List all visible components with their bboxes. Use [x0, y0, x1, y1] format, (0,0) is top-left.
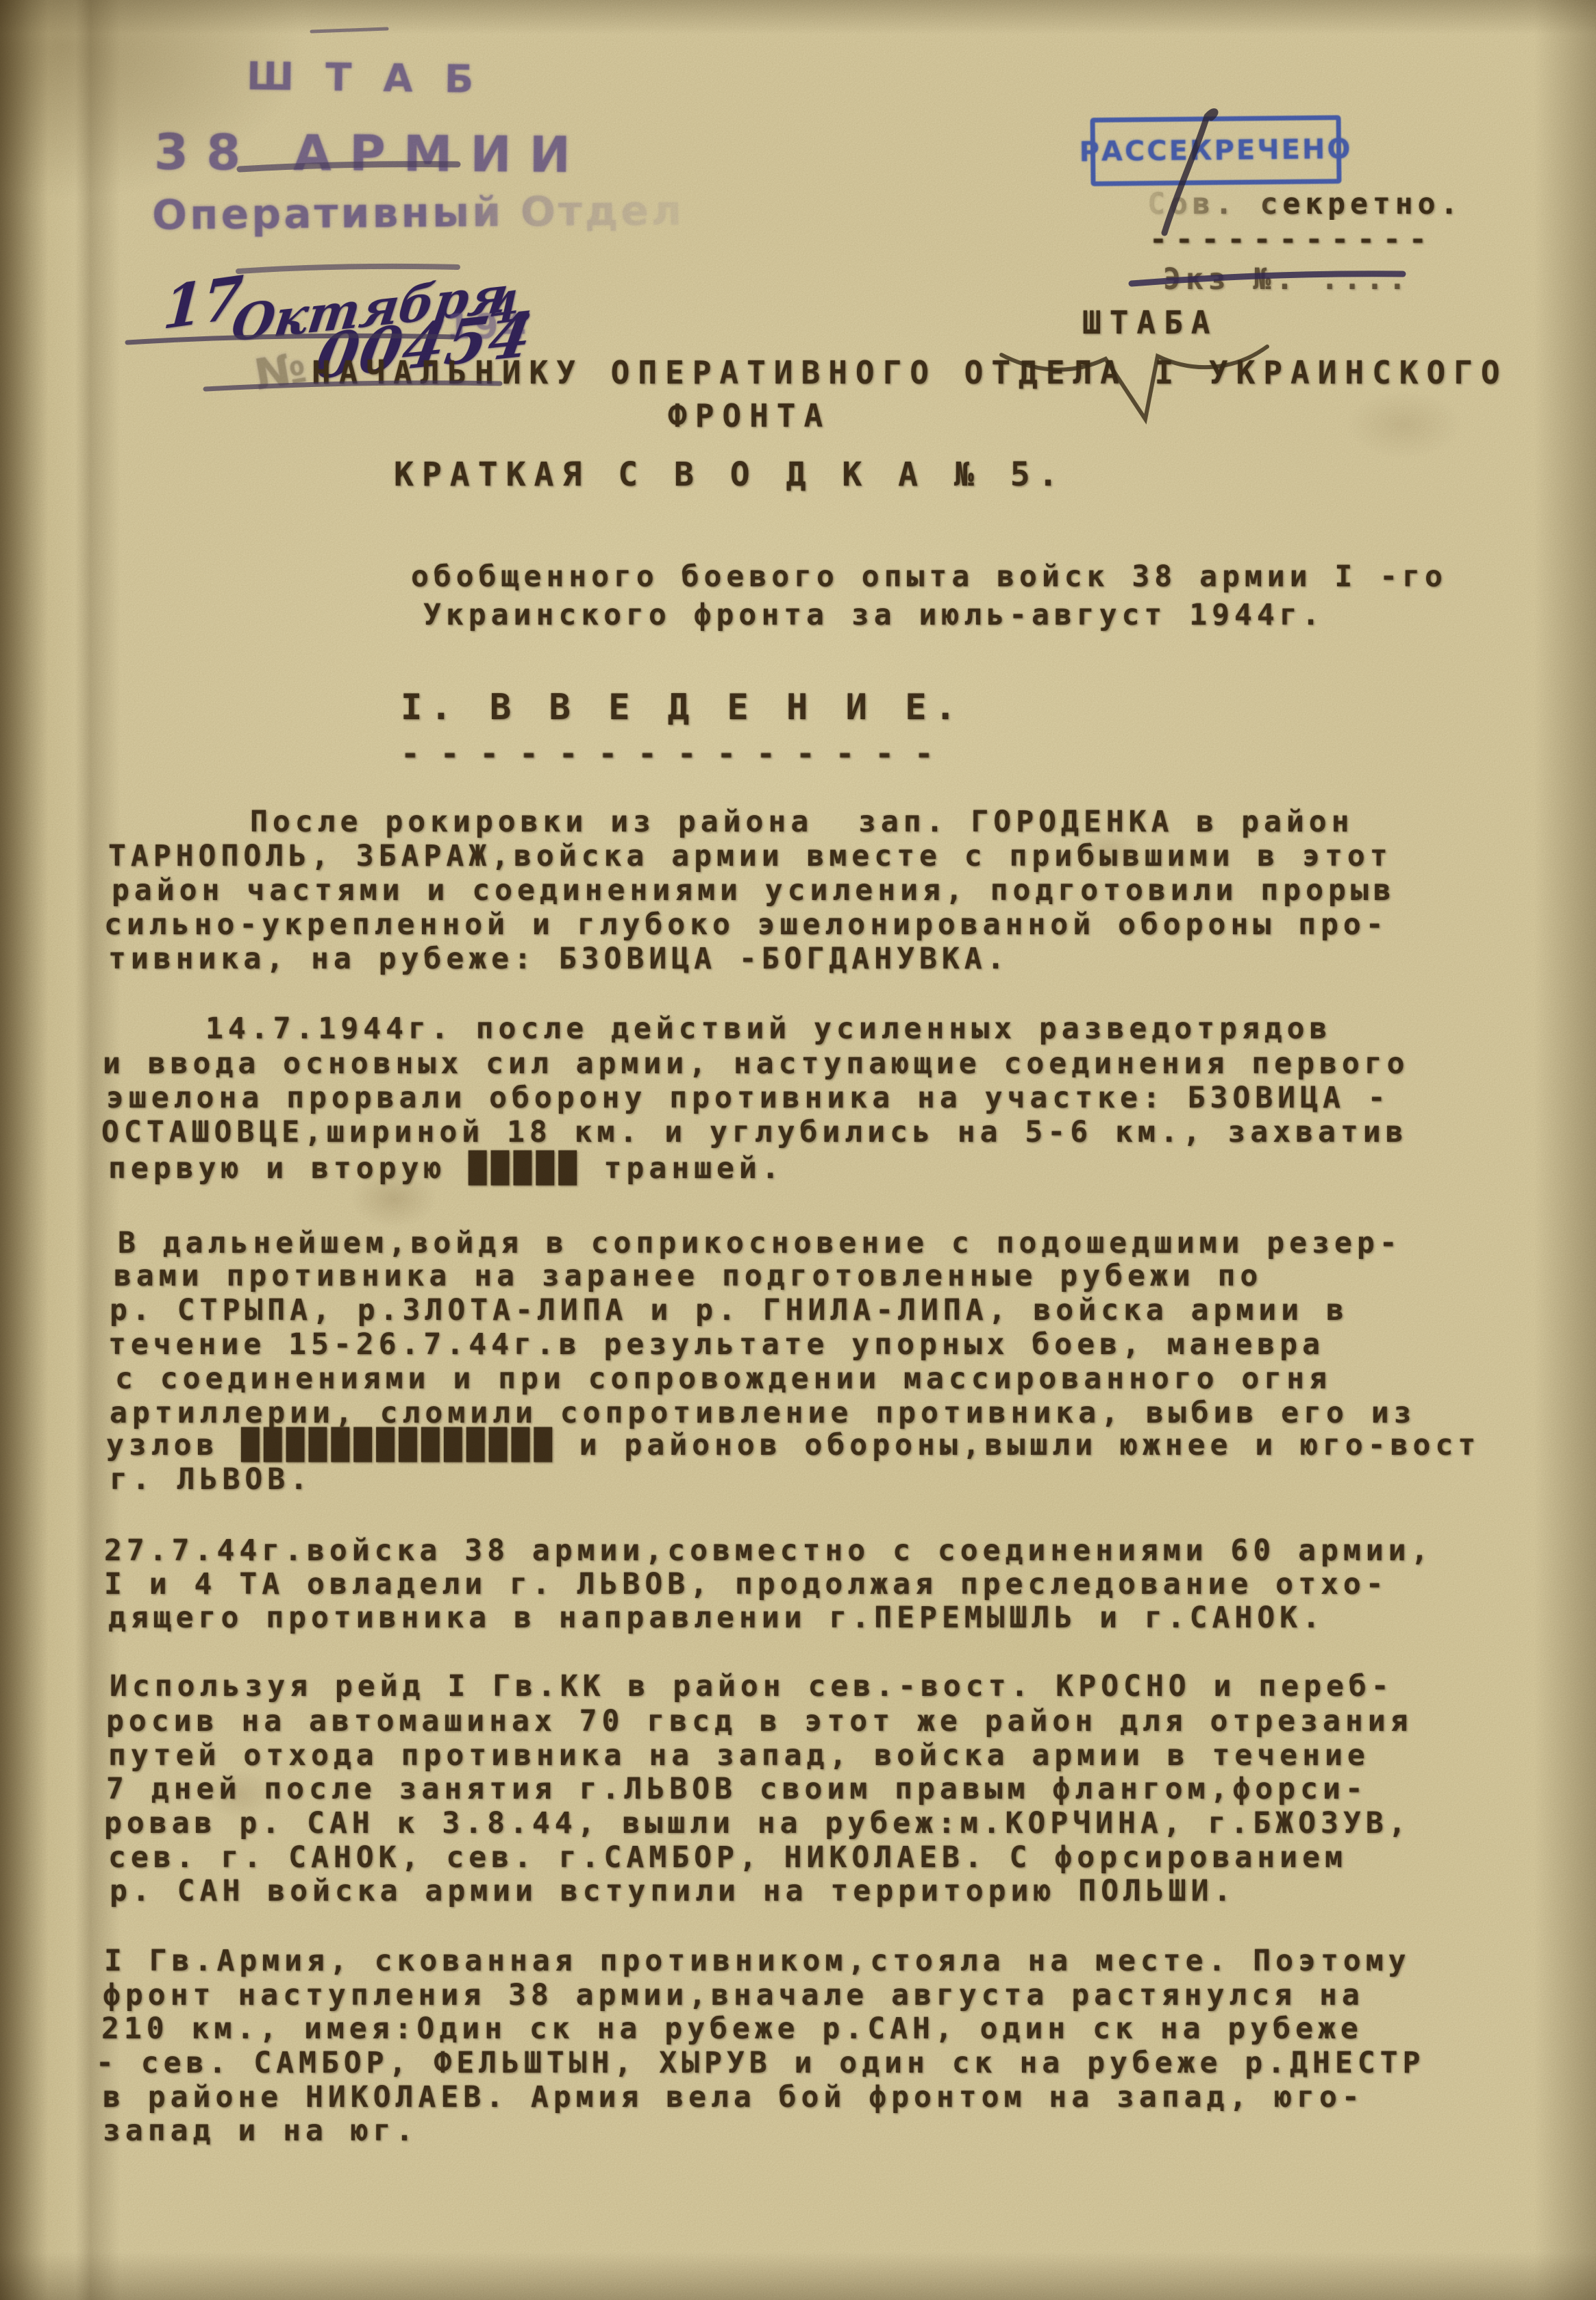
section-heading: I. В В Е Д Е Н И Е.: [401, 689, 964, 727]
body-line: ОСТАШОВЦЕ,шириной 18 км. и углубились на…: [101, 1117, 1408, 1148]
body-line: вами противника на заранее подготовленны…: [114, 1261, 1262, 1292]
section-underline: --------------: [401, 737, 954, 770]
stamp-unit-number: 38 АРМИИ: [154, 123, 588, 184]
body-line: эшелона прорвали оборону противника на у…: [106, 1083, 1391, 1114]
body-line: 210 км., имея:Один ск на рубеже р.САН, о…: [101, 2014, 1363, 2045]
body-line: в районе НИКОЛАЕВ. Армия вела бой фронто…: [103, 2082, 1364, 2113]
body-line: с соединениями и при сопровождении масси…: [115, 1364, 1332, 1395]
number-sign: №: [251, 342, 310, 400]
body-line: тивника, на рубеже: БЗОВИЦА -БОГДАНУВКА.: [108, 944, 1010, 975]
stamp-unit-name: ШТАБ: [247, 54, 506, 102]
body-line: сев. г. САНОК, сев. г.САМБОР, НИКОЛАЕВ. …: [108, 1842, 1347, 1873]
body-line: росив на автомашинах 70 гвсд в этот же р…: [106, 1706, 1413, 1737]
body-line: первую и вторую █████ траншей.: [108, 1153, 784, 1184]
body-line: путей отхода противника на запад, войска…: [108, 1740, 1370, 1771]
body-line: 27.7.44г.войска 38 армии,совместно с сое…: [104, 1536, 1433, 1566]
body-line: район частями и соединениями усиления, п…: [112, 875, 1396, 906]
body-line: После рокировки из района зап. ГОРОДЕНКА…: [250, 807, 1354, 838]
stamp-department: Оперативный Отдел: [152, 187, 684, 240]
addressee-line2: ФРОНТА: [668, 399, 831, 432]
body-line: запад и на юг.: [103, 2116, 418, 2147]
body-line: фронт наступления 38 армии,вначале авгус…: [103, 1980, 1364, 2011]
declassified-stamp-label: РАССЕКРЕЧЕНО: [1079, 134, 1352, 168]
copy-number-line: Экз №. ....: [1163, 264, 1411, 295]
body-line: 14.7.1944г. после действий усиленных раз…: [205, 1014, 1332, 1045]
scanned-document-page: ШТАБ 38 АРМИИ Оперативный Отдел 17 Октяб…: [0, 0, 1596, 2300]
body-line: I Гв.Армия, скованная противником,стояла…: [104, 1946, 1411, 1977]
body-line: узлов ██████████████ и районов обороны,в…: [106, 1430, 1480, 1461]
secrecy-dashes: -----------: [1149, 225, 1435, 255]
declassified-stamp: РАССЕКРЕЧЕНО: [1090, 115, 1341, 186]
body-line: артиллерии, сломили сопротивление против…: [110, 1398, 1417, 1429]
addressee-line: НАЧАЛЬНИКУ ОПЕРАТИВНОГО ОТДЕЛА I УКРАИНС…: [312, 356, 1508, 389]
body-line: I и 4 ТА овладели г. ЛЬВОВ, продолжая пр…: [104, 1569, 1388, 1600]
body-line: р. САН войска армии вступили на территор…: [110, 1876, 1236, 1907]
body-line: В дальнейшем,войдя в соприкосновение с п…: [118, 1228, 1402, 1259]
secrecy-label: Сов. секретно.: [1147, 189, 1462, 220]
inserted-word-shtaba: ШТАБА: [1082, 306, 1218, 339]
body-line: г. ЛЬВОВ.: [110, 1464, 312, 1495]
body-line: - сев. САМБОР, ФЕЛЬШТЫН, ХЫРУВ и один ск…: [96, 2048, 1425, 2079]
report-title: КРАТКАЯ С В О Д К А № 5.: [394, 458, 1067, 492]
report-subtitle-line2: Украинского фронта за июль-август 1944г.: [423, 600, 1325, 631]
body-line: течение 15-26.7.44г.в результате упорных…: [108, 1329, 1325, 1360]
body-line: ТАРНОПОЛЬ, ЗБАРАЖ,войска армии вместе с …: [108, 841, 1393, 872]
body-line: ровав р. САН к 3.8.44, вышли на рубеж:м.…: [104, 1808, 1411, 1839]
body-line: и ввода основных сил армии, наступающие …: [103, 1049, 1410, 1079]
body-line: Используя рейд I Гв.КК в район сев.-вост…: [110, 1671, 1394, 1702]
stamp-rule-under-department: [238, 266, 458, 271]
body-line: сильно-укрепленной и глубоко эшелонирова…: [104, 910, 1388, 940]
stamp-rule-top: [312, 29, 387, 32]
body-line: 7 дней после занятия г.ЛЬВОВ своим правы…: [106, 1774, 1368, 1805]
body-line: дящего противника в направлении г.ПЕРЕМЫ…: [108, 1603, 1325, 1634]
body-line: р. СТРЫПА, р.ЗЛОТА-ЛИПА и р. ГНИЛА-ЛИПА,…: [110, 1295, 1349, 1326]
report-subtitle-line1: обобщенного боевого опыта войск 38 армии…: [411, 562, 1447, 592]
